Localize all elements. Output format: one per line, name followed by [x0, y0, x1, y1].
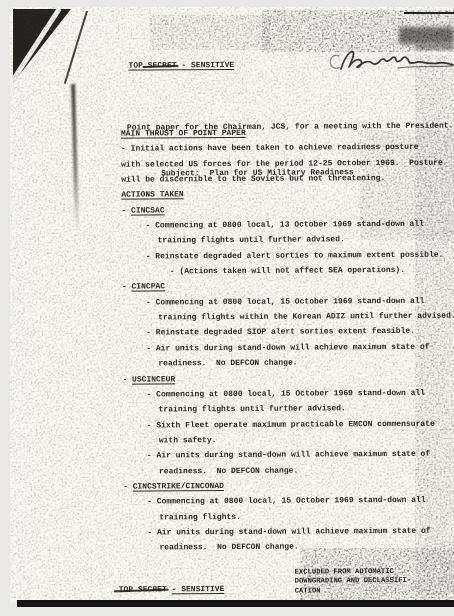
- line-text: Commencing at 0800 local, 13 October 196…: [155, 220, 424, 231]
- document-line: - Reinstate degraded alert sorties to ma…: [146, 247, 454, 264]
- line-text: training flights until further advised.: [159, 404, 346, 414]
- classification-word: - SENSITIVE: [172, 585, 225, 594]
- line-text: readiness. No DEFCON change.: [159, 466, 298, 476]
- scanned-document: TOP SECRET - SENSITIVE Point paper for t…: [0, 0, 454, 616]
- line-text: Commencing at 0800 local, 15 October 196…: [157, 496, 426, 507]
- dash: -: [123, 482, 133, 491]
- dash: -: [170, 267, 180, 276]
- document-line: - Commencing at 0800 local, 13 October 1…: [145, 217, 454, 234]
- document-line: - Sixth Fleet operate maximum practicabl…: [147, 416, 454, 433]
- dash: -: [122, 283, 132, 292]
- document-line: readiness. No DEFCON change.: [147, 539, 454, 556]
- line-text: with selected US forces for the period 1…: [121, 158, 443, 169]
- line-text: training flights within the Korean ADIZ …: [158, 312, 454, 323]
- dash: -: [121, 206, 131, 215]
- classification-word: TOP: [128, 62, 142, 71]
- document-line: - Air units during stand-down will achie…: [147, 447, 454, 464]
- line-text: CINCSAC: [131, 206, 165, 215]
- line-text: will be discernible to the Soviets but n…: [121, 174, 385, 185]
- line-text: CINCPAC: [131, 283, 165, 292]
- line-text: USCINCEUR: [132, 375, 175, 384]
- body-lines: MAIN THRUST OF POINT PAPER- Initial acti…: [121, 125, 454, 557]
- document-line: - Reinstate degraded SIOP alert sorties …: [146, 324, 454, 341]
- line-text: Initial actions have been taken to achie…: [131, 143, 419, 154]
- line-text: MAIN THRUST OF POINT PAPER: [121, 129, 246, 139]
- document-line: - Air units during stand-down will achie…: [147, 524, 454, 541]
- classification-footer: TOP SECRET - SENSITIVE: [119, 584, 225, 596]
- line-text: ACTIONS TAKEN: [121, 191, 183, 200]
- exclusion-notice: EXCLUDED FROM AUTOMATIC DOWNGRADING AND …: [295, 568, 412, 597]
- dash: -: [122, 375, 132, 384]
- line-text: Reinstate degraded SIOP alert sorties ex…: [156, 327, 415, 338]
- line-text: Reinstate degraded alert sorties to maxi…: [155, 250, 443, 261]
- line-text: Commencing at 0800 local, 15 October 196…: [156, 297, 425, 308]
- line-text: Air units during stand-down will achieve…: [157, 527, 431, 538]
- line-text: Sixth Fleet operate maximum practicable …: [156, 419, 435, 430]
- dash: -: [145, 222, 155, 231]
- document-content: TOP SECRET - SENSITIVE Point paper for t…: [0, 0, 454, 616]
- document-line: - Commencing at 0800 local, 15 October 1…: [146, 385, 454, 402]
- dash: -: [147, 528, 157, 537]
- dash: -: [146, 329, 156, 338]
- line-text: with safety.: [159, 436, 217, 445]
- line-text: (Actions taken will not affect SEA opera…: [179, 266, 405, 276]
- document-line: training flights.: [147, 508, 454, 525]
- line-text: training flights.: [159, 513, 241, 522]
- dash: -: [147, 452, 157, 461]
- bottom-bar: [17, 600, 454, 607]
- line-text: Air units during stand-down will achieve…: [156, 343, 430, 354]
- dash: -: [146, 344, 156, 353]
- exclusion-line: DOWNGRADING AND DECLASSIFI-: [295, 577, 412, 587]
- dash: -: [147, 498, 157, 507]
- dash: -: [146, 298, 156, 307]
- document-line: with selected US forces for the period 1…: [121, 155, 454, 172]
- line-text: readiness. No DEFCON change.: [158, 359, 297, 369]
- classification-word: SENSITIVE: [191, 61, 234, 70]
- line-text: Commencing at 0800 local, 15 October 196…: [156, 389, 425, 400]
- line-text: training flights until further advised.: [158, 236, 345, 246]
- classification-struck: TOP SECRET: [119, 585, 167, 594]
- dash: -: [121, 145, 131, 154]
- dash: -: [147, 421, 157, 430]
- dash: -: [147, 390, 157, 399]
- dash: -: [146, 252, 156, 261]
- line-text: readiness. No DEFCON change.: [159, 543, 298, 553]
- document-line: - Initial actions have been taken to ach…: [121, 140, 454, 157]
- document-line: - Air units during stand-down will achie…: [146, 339, 454, 356]
- classification-separator: -: [181, 61, 186, 70]
- document-line: - (Actions taken will not affect SEA ope…: [170, 263, 454, 280]
- document-line: - Commencing at 0800 local, 15 October 1…: [147, 493, 454, 510]
- line-text: Air units during stand-down will achieve…: [156, 450, 430, 461]
- exclusion-line: CATION: [295, 587, 412, 597]
- classification-header: TOP SECRET - SENSITIVE: [128, 60, 234, 72]
- classification-word-struck: SECRET: [148, 61, 177, 70]
- line-text: CINCSTRIKE/CINCONAD: [133, 482, 224, 492]
